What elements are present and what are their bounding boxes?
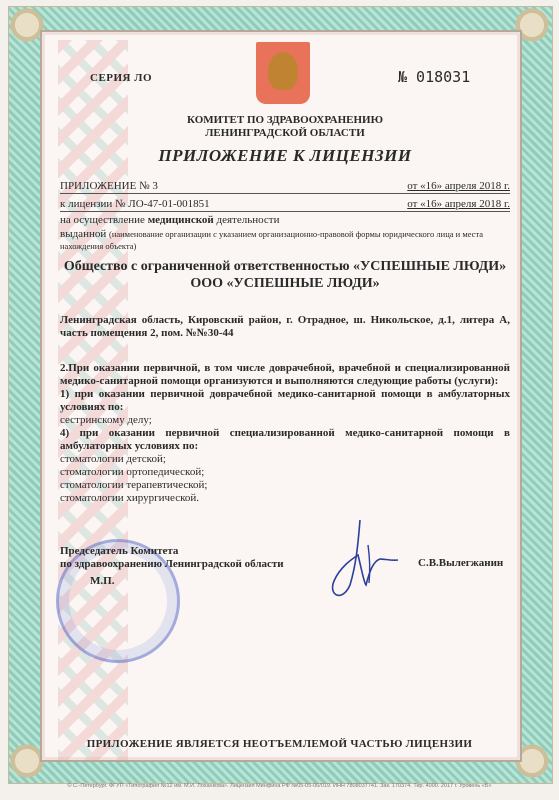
service-group-1-title: 1) при оказании первичной доврачебной ме… <box>60 388 510 414</box>
organization-full-name: Общество с ограниченной ответственностью… <box>60 258 510 275</box>
document-number: № 018031 <box>398 68 470 86</box>
appendix-date: от «16» апреля 2018 г. <box>407 180 510 192</box>
appendix-line: ПРИЛОЖЕНИЕ № 3 от «16» апреля 2018 г. <box>60 180 510 194</box>
service-item: стоматологии терапевтической; <box>60 479 510 492</box>
services-intro: 2.При оказании первичной, в том числе до… <box>60 362 510 388</box>
license-date: от «16» апреля 2018 г. <box>407 198 510 210</box>
organization-short-name: ООО «УСПЕШНЫЕ ЛЮДИ» <box>60 275 510 292</box>
service-group-4-title: 4) при оказании первичной специализирова… <box>60 427 510 453</box>
activity-prefix: на осуществление <box>60 214 148 226</box>
appendix-label: ПРИЛОЖЕНИЕ № 3 <box>60 180 407 192</box>
printer-imprint: © С.-Петербург. ФГУП «Типография №12 им.… <box>0 783 559 789</box>
service-item: стоматологии ортопедической; <box>60 466 510 479</box>
document-content: СЕРИЯ ЛО № 018031 КОМИТЕТ ПО ЗДРАВООХРАН… <box>60 30 510 665</box>
header-row: СЕРИЯ ЛО № 018031 <box>60 30 510 94</box>
series-label: СЕРИЯ ЛО <box>90 72 152 84</box>
document-title: ПРИЛОЖЕНИЕ К ЛИЦЕНЗИИ <box>60 146 510 166</box>
footer-statement: ПРИЛОЖЕНИЕ ЯВЛЯЕТСЯ НЕОТЪЕМЛЕМОЙ ЧАСТЬЮ … <box>0 738 559 750</box>
issued-label: выданной <box>60 228 106 240</box>
position-line-2: по здравоохранению Ленинградской области <box>60 558 284 571</box>
position-line-1: Председатель Комитета <box>60 545 284 558</box>
seal-label: М.П. <box>90 575 114 587</box>
service-group-4-list: стоматологии детской; стоматологии ортоп… <box>60 453 510 505</box>
service-item: сестринскому делу; <box>60 414 510 427</box>
signature-block: Председатель Комитета по здравоохранению… <box>60 545 510 665</box>
service-group-1-list: сестринскому делу; <box>60 414 510 427</box>
service-item: стоматологии детской; <box>60 453 510 466</box>
handwritten-signature-icon <box>320 515 400 605</box>
activity-suffix: деятельности <box>214 214 280 226</box>
issuing-authority: КОМИТЕТ ПО ЗДРАВООХРАНЕНИЮ ЛЕНИНГРАДСКОЙ… <box>60 114 510 140</box>
issued-line: выданной (наименование организации с ука… <box>60 228 510 252</box>
issued-note: (наименование организации с указанием ор… <box>60 229 483 251</box>
authority-line-2: ЛЕНИНГРАДСКОЙ ОБЛАСТИ <box>60 127 510 140</box>
service-item: стоматологии хирургической. <box>60 492 510 505</box>
organization-address: Ленинградская область, Кировский район, … <box>60 314 510 340</box>
activity-line: на осуществление медицинской деятельност… <box>60 214 510 226</box>
license-label: к лицензии № ЛО-47-01-001851 <box>60 198 407 210</box>
coat-of-arms-icon <box>256 42 310 104</box>
signatory-position: Председатель Комитета по здравоохранению… <box>60 545 284 571</box>
signatory-name: С.В.Вылегжанин <box>418 557 503 569</box>
license-line: к лицензии № ЛО-47-01-001851 от «16» апр… <box>60 198 510 212</box>
authority-line-1: КОМИТЕТ ПО ЗДРАВООХРАНЕНИЮ <box>60 114 510 127</box>
organization-name: Общество с ограниченной ответственностью… <box>60 258 510 292</box>
activity-type: медицинской <box>148 214 214 226</box>
